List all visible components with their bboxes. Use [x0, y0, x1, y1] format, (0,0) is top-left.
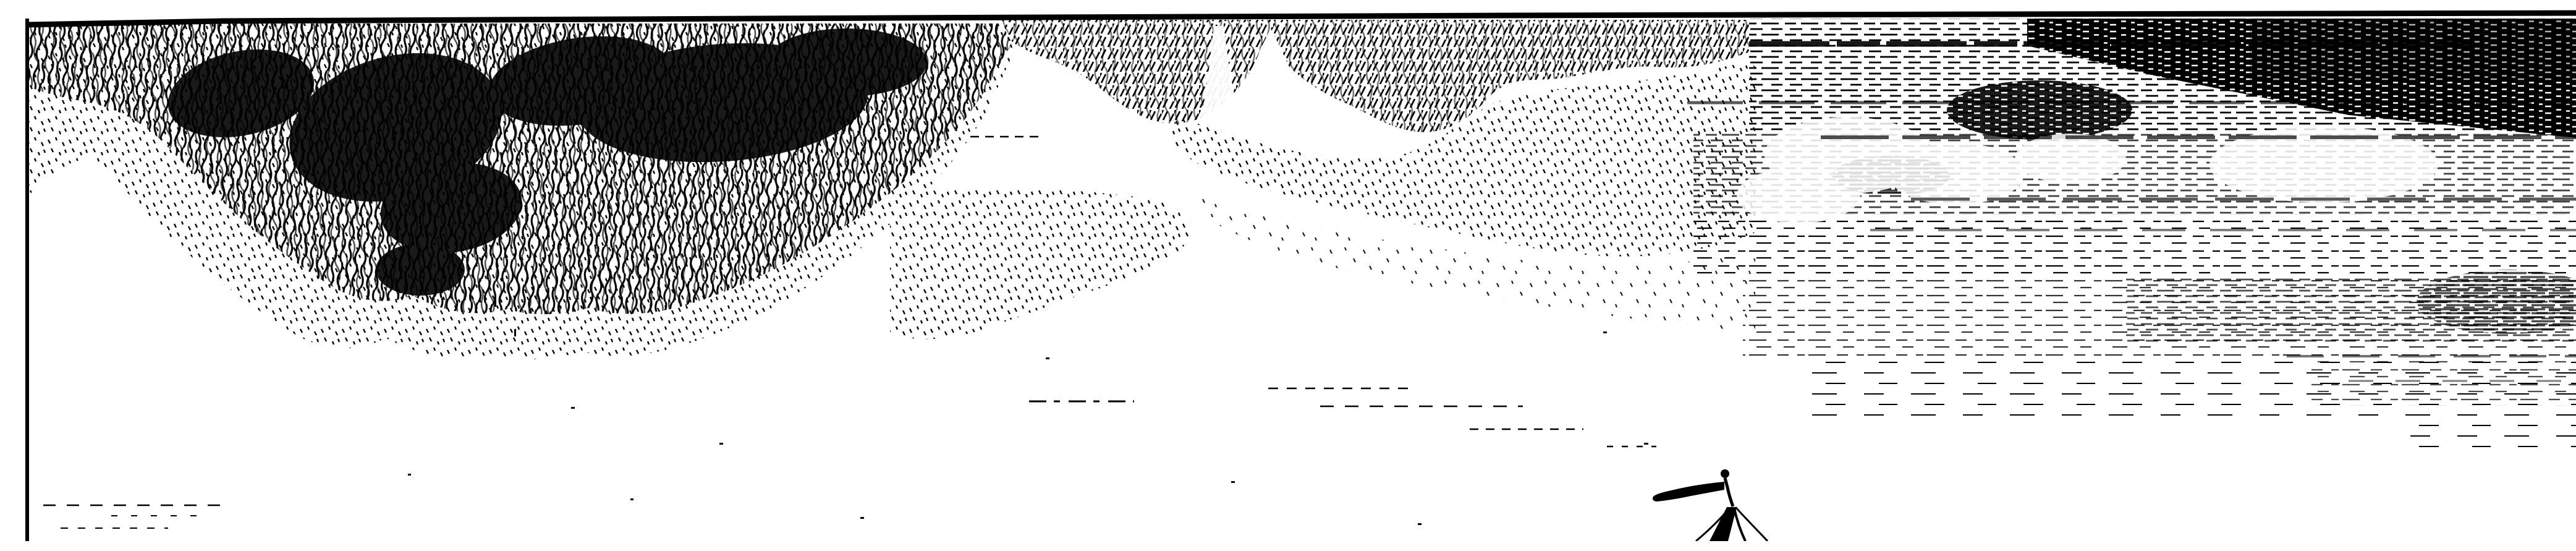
mast-pole: [1725, 478, 1733, 506]
engraving-canvas: [25, 10, 2576, 541]
storm-cloud-left: [28, 23, 1015, 359]
mast-truck-ball: [1721, 469, 1729, 478]
cloud-bank-center: [890, 20, 1755, 339]
masthead: [1653, 469, 1768, 541]
haze-band-3: [2410, 406, 2576, 449]
sky-dark-clump-1: [1947, 80, 2132, 140]
rigging-lines: [1696, 507, 1768, 541]
hatched-sky-right: [1687, 19, 2576, 449]
receding-cloud-puff: [890, 189, 1191, 340]
top-right-corner-deepen: [2250, 19, 2576, 80]
rigging-stay-mid: [1734, 508, 1745, 541]
sky-band-low: [1693, 214, 2576, 276]
pennant-flag: [1653, 482, 1724, 502]
rigging-stay-right: [1735, 507, 1768, 541]
engraving-figure: [25, 10, 2576, 541]
